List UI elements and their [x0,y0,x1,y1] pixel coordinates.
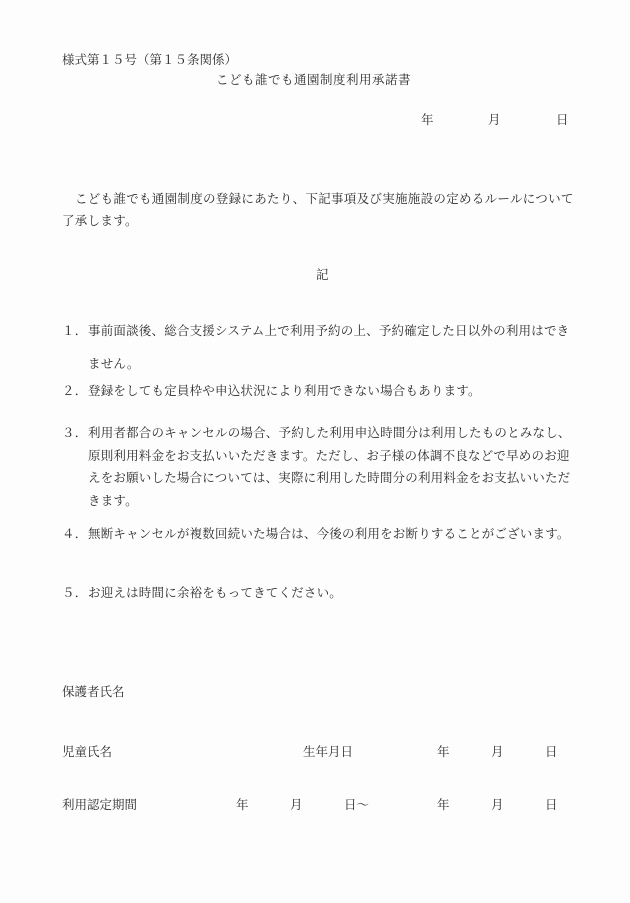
form-number: 様式第１５号（第１５条関係） [62,50,237,68]
item-number: ２． [62,381,88,401]
child-name-label: 児童氏名 [62,742,112,760]
document-title: こども誰でも通園制度利用承諾書 [216,70,411,88]
period-end-year-field[interactable]: 年 [437,795,450,813]
item-number: ３． [62,422,88,512]
birth-month-field[interactable]: 月 [491,742,504,760]
item-text: 事前面談後、総合支援システム上で利用予約の上、予約確定した日以外の利用はできませ… [88,314,582,380]
list-item: ３． 利用者都合のキャンセルの場合、予約した利用申込時間分は利用したものとみなし… [62,422,582,512]
list-item: １． 事前面談後、総合支援システム上で利用予約の上、予約確定した日以外の利用はで… [62,314,582,380]
period-end-month-field[interactable]: 月 [491,795,504,813]
item-number: ４． [62,523,88,546]
guardian-name-label: 保護者氏名 [62,682,125,700]
intro-paragraph: こども誰でも通園制度の登録にあたり、下記事項及び実施施設の定めるルールについて了… [62,188,577,232]
item-text: 登録をしても定員枠や申込状況により利用できない場合もあります。 [88,381,582,401]
date-month-field[interactable]: 月 [488,110,501,128]
period-end-day-field[interactable]: 日 [545,795,558,813]
period-start-month-field[interactable]: 月 [290,795,303,813]
item-text: 無断キャンセルが複数回続いた場合は、今後の利用をお断りすることがございます。 [88,523,582,546]
item-text: お迎えは時間に余裕をもってきてください。 [88,583,582,603]
item-number: ５． [62,583,88,603]
period-start-year-field[interactable]: 年 [236,795,249,813]
list-item: ４． 無断キャンセルが複数回続いた場合は、今後の利用をお断りすることがございます… [62,523,582,546]
date-year-field[interactable]: 年 [421,110,434,128]
birth-year-field[interactable]: 年 [437,742,450,760]
list-item: ５． お迎えは時間に余裕をもってきてください。 [62,583,582,603]
item-number: １． [62,314,88,380]
period-label: 利用認定期間 [62,795,137,813]
ki-heading: 記 [316,265,329,283]
birthdate-label: 生年月日 [303,742,353,760]
date-day-field[interactable]: 日 [556,110,569,128]
period-start-day-field[interactable]: 日～ [344,795,369,813]
list-item: ２． 登録をしても定員枠や申込状況により利用できない場合もあります。 [62,381,582,401]
item-text: 利用者都合のキャンセルの場合、予約した利用申込時間分は利用したものとみなし、原則… [88,422,582,512]
birth-day-field[interactable]: 日 [545,742,558,760]
